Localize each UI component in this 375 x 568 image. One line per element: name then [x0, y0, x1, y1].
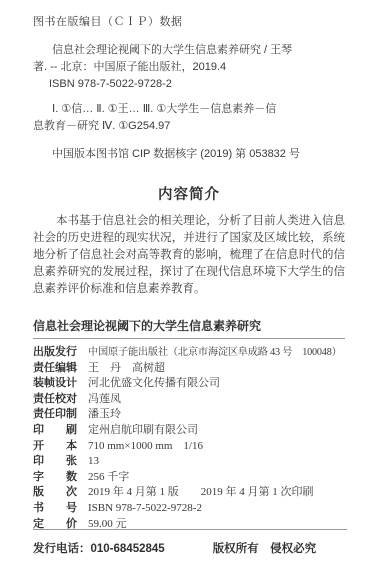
colophon-label: 出版发行	[33, 345, 80, 361]
colophon-label: 责任印制	[33, 407, 80, 423]
colophon-value: 256 千字	[88, 470, 129, 486]
colophon-value: 潘玉玲	[88, 407, 121, 423]
cip-entry: 信息社会理论视阈下的大学生信息素养研究 / 王琴 著. -- 北京：中国原子能出…	[33, 42, 345, 93]
copyright-notice: 版权所有 侵权必究	[213, 540, 317, 556]
title-divider	[33, 338, 345, 339]
abstract-heading: 内容简介	[33, 188, 345, 203]
colophon-value: 中国原子能出版社（北京市海淀区阜成路 43 号 100048）	[88, 345, 342, 361]
cip-record-number: 中国版本图书馆 CIP 数据核字 (2019) 第 053832 号	[33, 146, 345, 163]
colophon-row-word-count: 字 数 256 千字	[33, 470, 345, 486]
cip-block: 图书在版编目（ＣＩＰ）数据 信息社会理论视阈下的大学生信息素养研究 / 王琴 著…	[33, 14, 345, 163]
colophon-label: 责任校对	[33, 392, 80, 408]
colophon-value: 13	[88, 454, 99, 470]
colophon-value: 王 丹 高树超	[88, 361, 165, 377]
colophon-row-format: 开 本 710 mm×1000 mm 1/16	[33, 439, 345, 455]
footer: 发行电话：010-68452845 版权所有 侵权必究	[33, 540, 347, 556]
colophon-label: 字 数	[33, 470, 80, 486]
colophon-value: 2019 年 4 月第 1 版 2019 年 4 月第 1 次印刷	[88, 485, 314, 501]
cip-class-line-1: Ⅰ. ①信… Ⅱ. ①王… Ⅲ. ①大学生－信息素养－信	[33, 101, 345, 118]
book-title: 信息社会理论视阈下的大学生信息素养研究	[33, 319, 345, 333]
cip-title-line: 信息社会理论视阈下的大学生信息素养研究 / 王琴	[33, 42, 345, 59]
colophon-value: 河北优盛文化传播有限公司	[88, 376, 220, 392]
colophon-label: 版 次	[33, 485, 80, 501]
footer-divider	[33, 529, 347, 530]
colophon-row-publisher: 出版发行 中国原子能出版社（北京市海淀区阜成路 43 号 100048）	[33, 345, 345, 361]
colophon-label: 印 张	[33, 454, 80, 470]
cip-publisher-line: 著. -- 北京：中国原子能出版社，2019.4	[33, 59, 345, 76]
colophon-label: 印 刷	[33, 423, 80, 439]
colophon-label: 责任编辑	[33, 361, 80, 377]
colophon-value: 冯莲凤	[88, 392, 121, 408]
cip-header: 图书在版编目（ＣＩＰ）数据	[33, 14, 345, 31]
colophon-list: 出版发行 中国原子能出版社（北京市海淀区阜成路 43 号 100048） 责任编…	[33, 345, 345, 532]
colophon-label: 装帧设计	[33, 376, 80, 392]
colophon-row-print-supervisor: 责任印制 潘玉玲	[33, 407, 345, 423]
colophon-row-sheets: 印 张 13	[33, 454, 345, 470]
colophon-row-printer: 印 刷 定州启航印刷有限公司	[33, 423, 345, 439]
colophon-label: 书 号	[33, 501, 80, 517]
cip-classification: Ⅰ. ①信… Ⅱ. ①王… Ⅲ. ①大学生－信息素养－信 息教育－研究 Ⅳ. ①…	[33, 101, 345, 135]
colophon-value: ISBN 978-7-5022-9728-2	[88, 501, 202, 517]
copyright-page: 图书在版编目（ＣＩＰ）数据 信息社会理论视阈下的大学生信息素养研究 / 王琴 著…	[0, 0, 375, 568]
colophon-row-edition: 版 次 2019 年 4 月第 1 版 2019 年 4 月第 1 次印刷	[33, 485, 345, 501]
colophon-value: 710 mm×1000 mm 1/16	[88, 439, 203, 455]
colophon-row-editor: 责任编辑 王 丹 高树超	[33, 361, 345, 377]
abstract-paragraph: 本书基于信息社会的相关理论，分析了目前人类进入信息社会的历史进程的现实状况，并进…	[33, 213, 345, 298]
cip-class-line-2: 息教育－研究 Ⅳ. ①G254.97	[33, 118, 345, 135]
colophon-row-proofreader: 责任校对 冯莲凤	[33, 392, 345, 408]
colophon-value: 定州启航印刷有限公司	[88, 423, 198, 439]
cip-isbn-line: ISBN 978-7-5022-9728-2	[33, 76, 345, 93]
colophon-row-design: 装帧设计 河北优盛文化传播有限公司	[33, 376, 345, 392]
colophon-label: 开 本	[33, 439, 80, 455]
distribution-phone: 发行电话：010-68452845	[33, 540, 165, 556]
colophon-row-isbn: 书 号 ISBN 978-7-5022-9728-2	[33, 501, 345, 517]
